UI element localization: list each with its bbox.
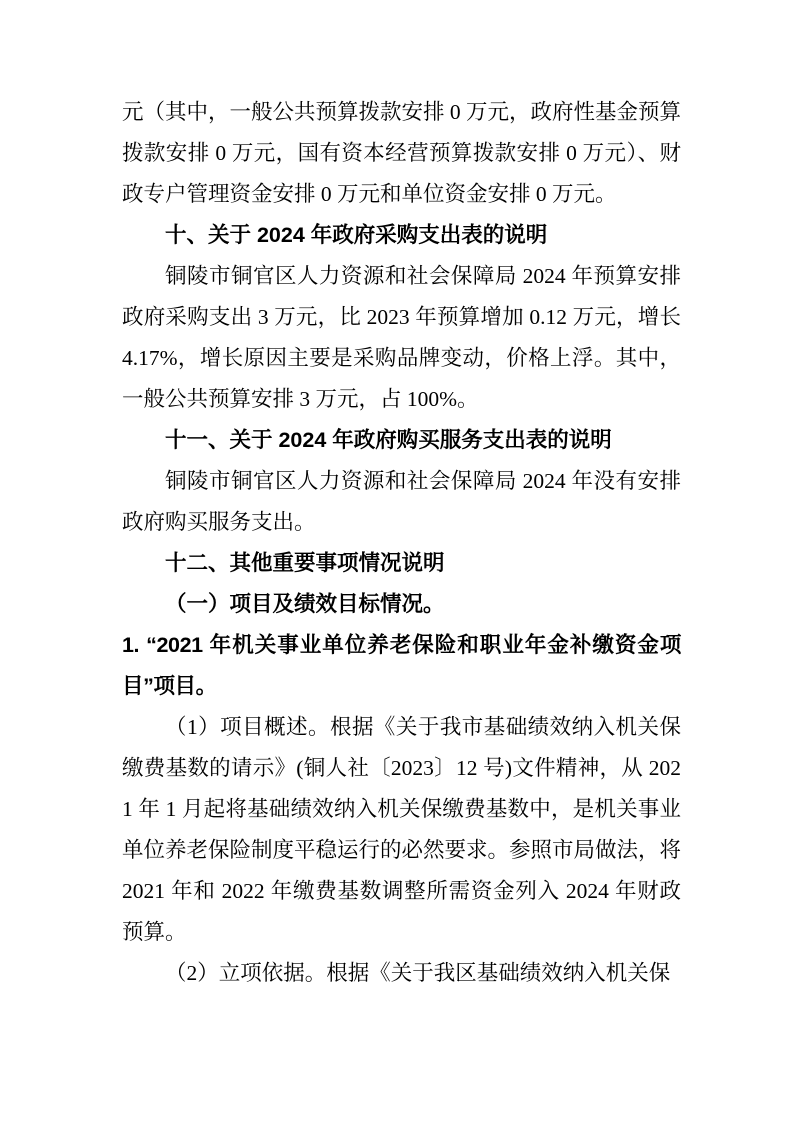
para-no-purchased-services: 铜陵市铜官区人力资源和社会保障局 2024 年没有安排政府购买服务支出。	[122, 461, 681, 543]
heading-section-10-government-procurement: 十、关于 2024 年政府采购支出表的说明	[122, 215, 681, 256]
para-project-1-basis: （2）立项依据。根据《关于我区基础绩效纳入机关保	[122, 953, 681, 994]
heading-sub-1-project-performance-targets: （一）项目及绩效目标情况。	[122, 584, 681, 625]
para-project-1-title: 1. “2021 年机关事业单位养老保险和职业年金补缴资金项目”项目。	[122, 625, 681, 707]
para-project-1-overview: （1）项目概述。根据《关于我市基础绩效纳入机关保缴费基数的请示》(铜人社〔202…	[122, 707, 681, 953]
para-carryover-funding-sources: 元（其中，一般公共预算拨款安排 0 万元，政府性基金预算拨款安排 0 万元，国有…	[122, 92, 681, 215]
heading-section-12-other-important-matters: 十二、其他重要事项情况说明	[122, 543, 681, 584]
document-page: 元（其中，一般公共预算拨款安排 0 万元，政府性基金预算拨款安排 0 万元，国有…	[0, 0, 793, 1122]
heading-section-11-purchased-services: 十一、关于 2024 年政府购买服务支出表的说明	[122, 420, 681, 461]
para-procurement-budget-detail: 铜陵市铜官区人力资源和社会保障局 2024 年预算安排政府采购支出 3 万元，比…	[122, 256, 681, 420]
